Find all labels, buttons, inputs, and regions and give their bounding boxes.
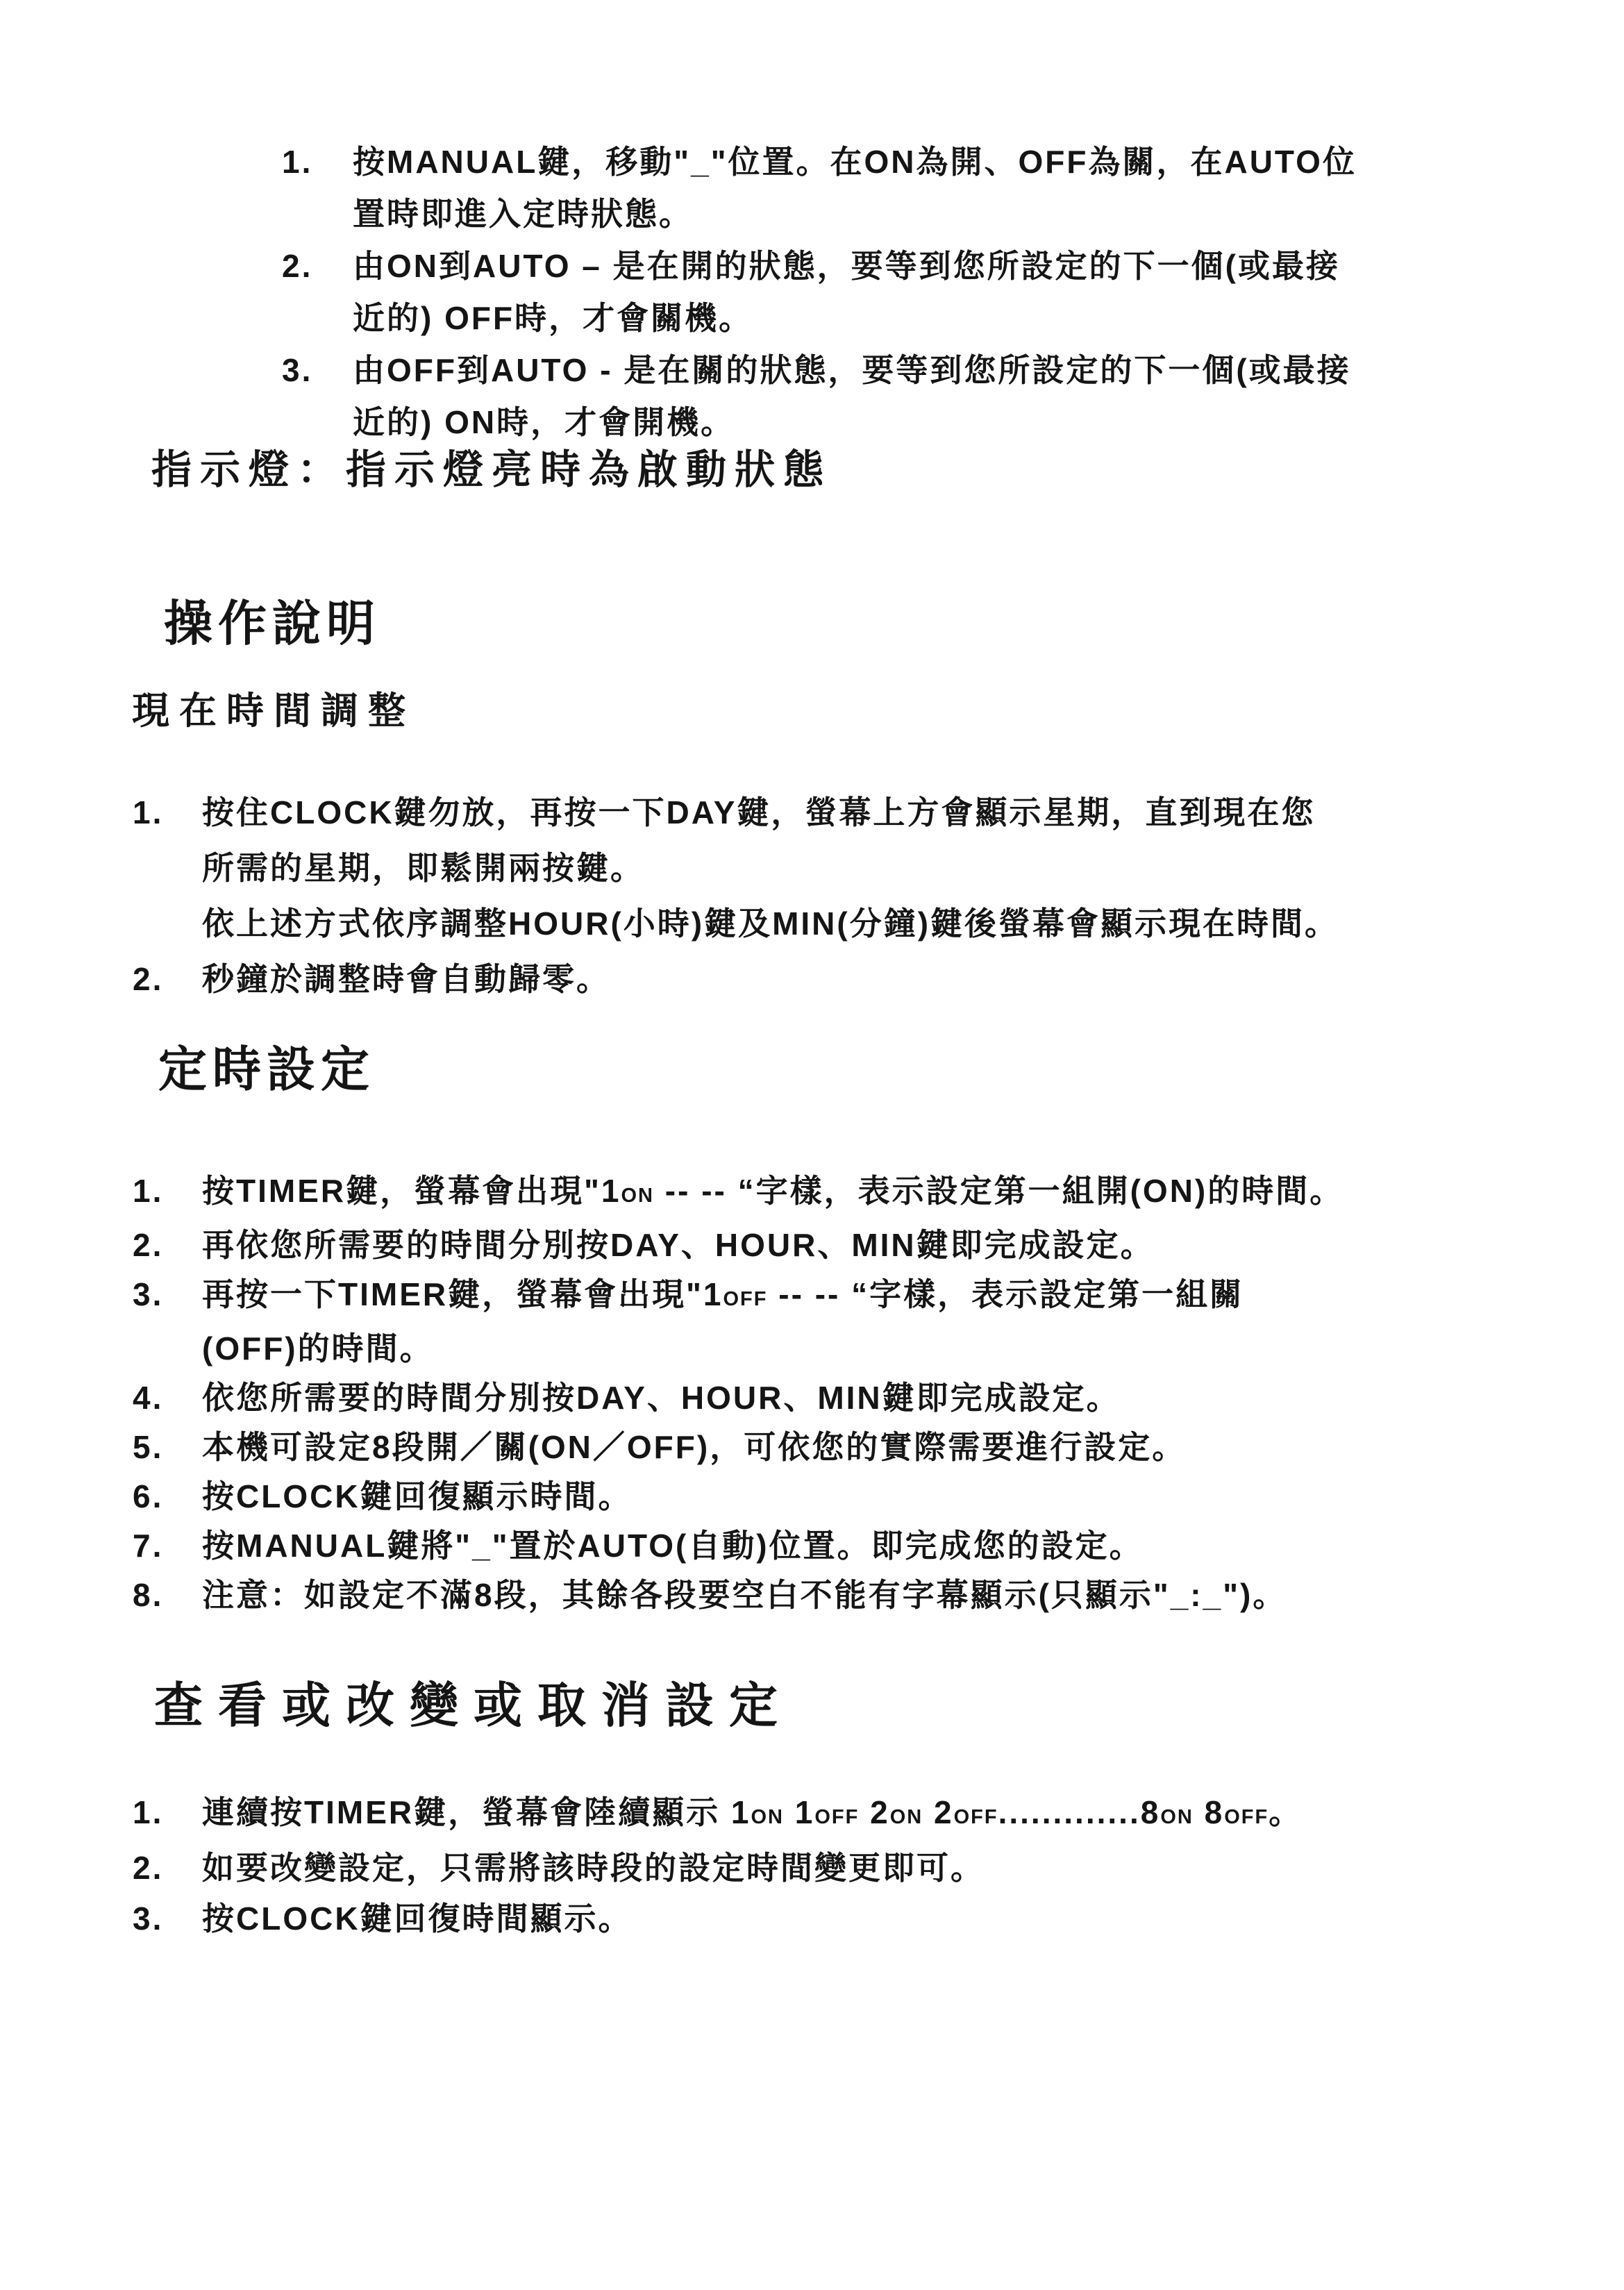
list-item: 4. 依您所需要的時間分別按DAY、HOUR、MIN鍵即完成設定。 [133, 1373, 1343, 1423]
instruction-line: 本機可設定8段開／關(ON／OFF)，可依您的實際需要進行設定。 [202, 1423, 1186, 1472]
text-segment: 按CLOCK鍵回復顯示時間。 [202, 1478, 633, 1514]
small-caps-text: OFF [1224, 1806, 1269, 1828]
instruction-line: 如要改變設定，只需將該時段的設定時間變更即可。 [202, 1843, 985, 1894]
instruction-page: 1. 按MANUAL鍵，移動"_"位置。在ON為開、OFF為關，在AUTO位 置… [0, 0, 1624, 2290]
instruction-line: 按MANUAL鍵，移動"_"位置。在ON為開、OFF為關，在AUTO位 [353, 136, 1357, 188]
item-number: 1. [133, 785, 202, 840]
item-number: 1. [133, 1167, 202, 1216]
text-segment: 按CLOCK鍵回復時間顯示。 [202, 1900, 633, 1937]
item-number: 4. [133, 1373, 202, 1423]
list-item: 5. 本機可設定8段開／關(ON／OFF)，可依您的實際需要進行設定。 [133, 1423, 1343, 1472]
list-item: 2. 如要改變設定，只需將該時段的設定時間變更即可。 [133, 1843, 1303, 1894]
list-item: 1. 按TIMER鍵，螢幕會出現"1ON -- -- “字樣，表示設定第一組開(… [133, 1167, 1343, 1221]
item-number: 2. [133, 951, 202, 1007]
text-segment: (OFF)的時間。 [202, 1330, 434, 1367]
item-body: 再依您所需要的時間分別按DAY、HOUR、MIN鍵即完成設定。 [202, 1221, 1155, 1270]
text-segment: 1 [784, 1794, 814, 1830]
item-body: 按MANUAL鍵將"_"置於AUTO(自動)位置。即完成您的設定。 [202, 1521, 1144, 1571]
text-segment: 再依您所需要的時間分別按DAY、HOUR、MIN鍵即完成設定。 [202, 1227, 1155, 1263]
text-segment: 2 [859, 1794, 889, 1830]
text-segment: 所需的星期，即鬆開兩按鍵。 [202, 850, 644, 886]
item-body: 按CLOCK鍵回復顯示時間。 [202, 1472, 633, 1521]
small-caps-text: ON [890, 1806, 923, 1828]
list-item: 1. 按MANUAL鍵，移動"_"位置。在ON為開、OFF為關，在AUTO位 置… [282, 136, 1357, 240]
text-segment: 再按一下TIMER鍵，螢幕會出現"1 [202, 1276, 723, 1312]
text-segment: 2 [923, 1794, 953, 1830]
section-title-operation: 操作說明 [164, 596, 380, 651]
instruction-line: 近的) ON時，才會開機。 [353, 396, 1351, 449]
item-body: 注意：如設定不滿8段，其餘各段要空白不能有字幕顯示(只顯示"_:_")。 [202, 1571, 1287, 1620]
item-body: 本機可設定8段開／關(ON／OFF)，可依您的實際需要進行設定。 [202, 1423, 1186, 1472]
item-number: 8. [133, 1571, 202, 1620]
list-item: 8. 注意：如設定不滿8段，其餘各段要空白不能有字幕顯示(只顯示"_:_")。 [133, 1571, 1343, 1620]
small-caps-text: ON [751, 1806, 784, 1828]
instruction-line: 按CLOCK鍵回復顯示時間。 [202, 1472, 633, 1521]
indicator-note: 指示燈：指示燈亮時為啟動狀態 [151, 446, 832, 494]
list-item: 6. 按CLOCK鍵回復顯示時間。 [133, 1472, 1343, 1521]
item-body: 如要改變設定，只需將該時段的設定時間變更即可。 [202, 1843, 985, 1894]
list-item: 3. 按CLOCK鍵回復時間顯示。 [133, 1894, 1303, 1944]
text-segment: 連續按TIMER鍵，螢幕會陸續顯示 1 [202, 1794, 751, 1830]
text-segment: 按MANUAL鍵，移動"_"位置。在ON為開、OFF為關，在AUTO位 [353, 144, 1357, 180]
item-body: 按MANUAL鍵，移動"_"位置。在ON為開、OFF為關，在AUTO位 置時即進… [353, 136, 1357, 240]
item-number: 3. [133, 1270, 202, 1319]
instruction-line: 依上述方式依序調整HOUR(小時)鍵及MIN(分鐘)鍵後螢幕會顯示現在時間。 [202, 896, 1339, 951]
text-segment: 本機可設定8段開／關(ON／OFF)，可依您的實際需要進行設定。 [202, 1429, 1186, 1465]
item-body: 由ON到AUTO – 是在開的狀態，要等到您所設定的下一個(或最接 近的) OF… [353, 240, 1340, 344]
subsection-title-clock-adjust: 現在時間調整 [132, 689, 415, 733]
manual-mode-list: 1. 按MANUAL鍵，移動"_"位置。在ON為開、OFF為關，在AUTO位 置… [282, 136, 1357, 449]
text-segment: -- -- “字樣，表示設定第一組關 [768, 1276, 1244, 1312]
list-item: 2. 秒鐘於調整時會自動歸零。 [133, 951, 1339, 1007]
item-number: 7. [133, 1521, 202, 1571]
text-segment: 按MANUAL鍵將"_"置於AUTO(自動)位置。即完成您的設定。 [202, 1528, 1144, 1564]
text-segment: 按住CLOCK鍵勿放，再按一下DAY鍵，螢幕上方會顯示星期，直到現在您 [202, 794, 1315, 830]
item-body: 按CLOCK鍵回復時間顯示。 [202, 1894, 633, 1944]
small-caps-text: OFF [723, 1288, 768, 1310]
item-number: 2. [282, 240, 353, 292]
clock-adjust-list: 1. 按住CLOCK鍵勿放，再按一下DAY鍵，螢幕上方會顯示星期，直到現在您 所… [133, 785, 1339, 1007]
item-number: 3. [282, 344, 353, 396]
item-number: 2. [133, 1221, 202, 1270]
text-segment: 由ON到AUTO – 是在開的狀態，要等到您所設定的下一個(或最接 [353, 248, 1340, 284]
instruction-line: 按CLOCK鍵回復時間顯示。 [202, 1894, 633, 1944]
item-number: 1. [282, 136, 353, 188]
text-segment: 8 [1194, 1794, 1224, 1830]
instruction-line: 由ON到AUTO – 是在開的狀態，要等到您所設定的下一個(或最接 [353, 240, 1340, 292]
list-item: 1. 按住CLOCK鍵勿放，再按一下DAY鍵，螢幕上方會顯示星期，直到現在您 所… [133, 785, 1339, 951]
text-segment: 置時即進入定時狀態。 [353, 196, 693, 232]
list-item: 2. 再依您所需要的時間分別按DAY、HOUR、MIN鍵即完成設定。 [133, 1221, 1343, 1270]
text-segment: .............8 [998, 1794, 1161, 1830]
instruction-line: 注意：如設定不滿8段，其餘各段要空白不能有字幕顯示(只顯示"_:_")。 [202, 1571, 1287, 1620]
instruction-line: 置時即進入定時狀態。 [353, 188, 1357, 240]
item-number: 5. [133, 1423, 202, 1472]
item-body: 再按一下TIMER鍵，螢幕會出現"1OFF -- -- “字樣，表示設定第一組關… [202, 1270, 1244, 1373]
text-segment: 依上述方式依序調整HOUR(小時)鍵及MIN(分鐘)鍵後螢幕會顯示現在時間。 [202, 905, 1339, 942]
small-caps-text: OFF [814, 1806, 859, 1828]
small-caps-text: ON [1160, 1806, 1194, 1828]
text-segment: 秒鐘於調整時會自動歸零。 [202, 961, 610, 997]
instruction-line: (OFF)的時間。 [202, 1324, 1244, 1373]
list-item: 3. 由OFF到AUTO - 是在關的狀態，要等到您所設定的下一個(或最接 近的… [282, 344, 1357, 449]
section-title-timer-setting: 定時設定 [158, 1042, 375, 1097]
list-item: 1. 連續按TIMER鍵，螢幕會陸續顯示 1ON 1OFF 2ON 2OFF..… [133, 1787, 1303, 1843]
instruction-line: 再依您所需要的時間分別按DAY、HOUR、MIN鍵即完成設定。 [202, 1221, 1155, 1270]
list-item: 2. 由ON到AUTO – 是在開的狀態，要等到您所設定的下一個(或最接 近的)… [282, 240, 1357, 344]
text-segment: 。 [1269, 1794, 1303, 1830]
instruction-line: 依您所需要的時間分別按DAY、HOUR、MIN鍵即完成設定。 [202, 1373, 1121, 1423]
instruction-line: 按住CLOCK鍵勿放，再按一下DAY鍵，螢幕上方會顯示星期，直到現在您 [202, 785, 1339, 840]
instruction-line: 按TIMER鍵，螢幕會出現"1ON -- -- “字樣，表示設定第一組開(ON)… [202, 1167, 1343, 1221]
small-caps-text: OFF [954, 1806, 998, 1828]
text-segment: -- -- “字樣，表示設定第一組開(ON)的時間。 [654, 1173, 1343, 1209]
text-segment: 注意：如設定不滿8段，其餘各段要空白不能有字幕顯示(只顯示"_:_")。 [202, 1577, 1287, 1613]
text-segment: 近的) ON時，才會開機。 [353, 404, 735, 440]
item-body: 秒鐘於調整時會自動歸零。 [202, 951, 610, 1007]
instruction-line: 近的) OFF時，才會關機。 [353, 292, 1340, 344]
instruction-line: 所需的星期，即鬆開兩按鍵。 [202, 840, 1339, 896]
text-segment: 近的) OFF時，才會關機。 [353, 300, 753, 336]
text-segment: 按TIMER鍵，螢幕會出現"1 [202, 1173, 621, 1209]
item-body: 按住CLOCK鍵勿放，再按一下DAY鍵，螢幕上方會顯示星期，直到現在您 所需的星… [202, 785, 1339, 951]
item-number: 3. [133, 1894, 202, 1944]
item-number: 6. [133, 1472, 202, 1521]
instruction-line: 連續按TIMER鍵，螢幕會陸續顯示 1ON 1OFF 2ON 2OFF.....… [202, 1787, 1303, 1843]
list-item: 3. 再按一下TIMER鍵，螢幕會出現"1OFF -- -- “字樣，表示設定第… [133, 1270, 1343, 1373]
instruction-line: 按MANUAL鍵將"_"置於AUTO(自動)位置。即完成您的設定。 [202, 1521, 1144, 1571]
timer-setting-list: 1. 按TIMER鍵，螢幕會出現"1ON -- -- “字樣，表示設定第一組開(… [133, 1167, 1343, 1620]
instruction-line: 再按一下TIMER鍵，螢幕會出現"1OFF -- -- “字樣，表示設定第一組關 [202, 1270, 1244, 1324]
text-segment: 依您所需要的時間分別按DAY、HOUR、MIN鍵即完成設定。 [202, 1380, 1121, 1416]
item-number: 1. [133, 1787, 202, 1838]
text-segment: 如要改變設定，只需將該時段的設定時間變更即可。 [202, 1850, 985, 1886]
small-caps-text: ON [621, 1185, 655, 1207]
text-segment: 由OFF到AUTO - 是在關的狀態，要等到您所設定的下一個(或最接 [353, 352, 1351, 388]
item-body: 連續按TIMER鍵，螢幕會陸續顯示 1ON 1OFF 2ON 2OFF.....… [202, 1787, 1303, 1843]
item-number: 2. [133, 1843, 202, 1894]
instruction-line: 秒鐘於調整時會自動歸零。 [202, 951, 610, 1007]
instruction-line: 由OFF到AUTO - 是在關的狀態，要等到您所設定的下一個(或最接 [353, 344, 1351, 396]
list-item: 7. 按MANUAL鍵將"_"置於AUTO(自動)位置。即完成您的設定。 [133, 1521, 1343, 1571]
item-body: 按TIMER鍵，螢幕會出現"1ON -- -- “字樣，表示設定第一組開(ON)… [202, 1167, 1343, 1221]
review-change-cancel-list: 1. 連續按TIMER鍵，螢幕會陸續顯示 1ON 1OFF 2ON 2OFF..… [133, 1787, 1303, 1944]
section-title-review-change-cancel: 查看或改變或取消設定 [154, 1678, 793, 1733]
item-body: 由OFF到AUTO - 是在關的狀態，要等到您所設定的下一個(或最接 近的) O… [353, 344, 1351, 449]
item-body: 依您所需要的時間分別按DAY、HOUR、MIN鍵即完成設定。 [202, 1373, 1121, 1423]
